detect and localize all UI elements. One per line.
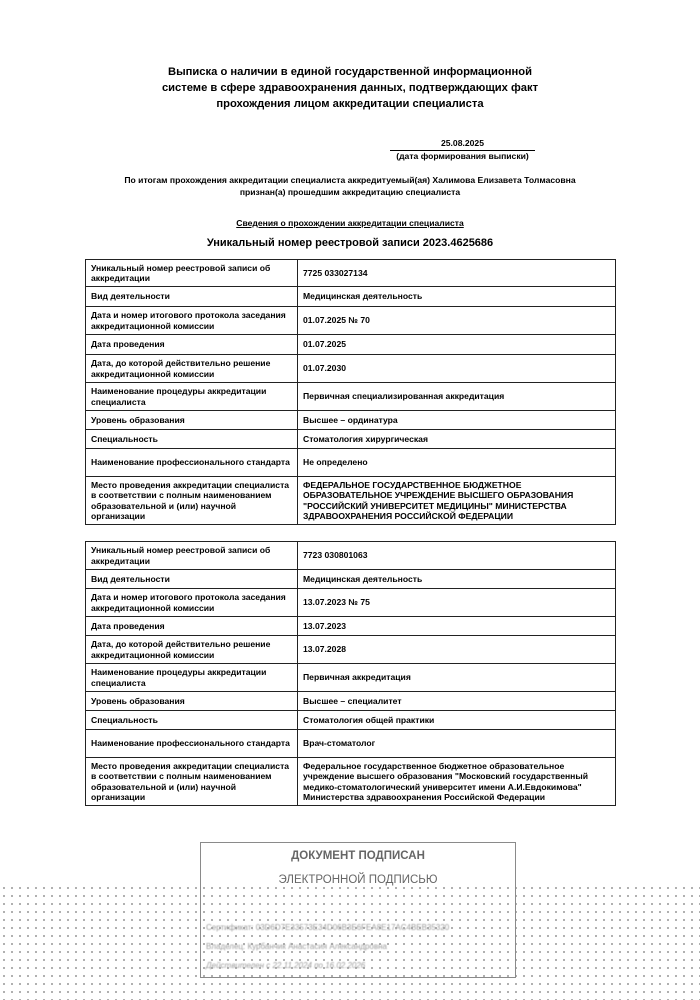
row-value: 01.07.2025	[298, 335, 616, 355]
issue-date-block: 25.08.2025 (дата формирования выписки)	[390, 137, 535, 162]
row-value: 7723 030801063	[298, 542, 616, 570]
row-label: Наименование процедуры аккредитации спец…	[86, 383, 298, 411]
row-value: Первичная аккредитация	[298, 664, 616, 692]
row-label: Место проведения аккредитации специалист…	[86, 758, 298, 806]
table-row: Уникальный номер реестровой записи об ак…	[86, 542, 616, 570]
electronic-signature-stamp: ДОКУМЕНТ ПОДПИСАН ЭЛЕКТРОННОЙ ПОДПИСЬЮ С…	[200, 842, 516, 978]
row-label: Место проведения аккредитации специалист…	[86, 477, 298, 525]
table-row: Дата, до которой действительно решение а…	[86, 636, 616, 664]
registry-number: Уникальный номер реестровой записи 2023.…	[150, 237, 550, 249]
row-label: Наименование профессионального стандарта	[86, 449, 298, 477]
table-row: Вид деятельностиМедицинская деятельность	[86, 570, 616, 589]
table-row: Уровень образованияВысшее – ординатура	[86, 411, 616, 430]
row-label: Уникальный номер реестровой записи об ак…	[86, 260, 298, 287]
row-label: Уникальный номер реестровой записи об ак…	[86, 542, 298, 570]
row-value: Стоматология хирургическая	[298, 430, 616, 449]
table-row: Дата, до которой действительно решение а…	[86, 355, 616, 383]
table-row: Наименование профессионального стандарта…	[86, 730, 616, 758]
row-label: Дата и номер итогового протокола заседан…	[86, 589, 298, 617]
row-label: Уровень образования	[86, 411, 298, 430]
row-label: Дата проведения	[86, 617, 298, 636]
section-title: Сведения о прохождении аккредитации спец…	[150, 218, 550, 228]
row-label: Наименование профессионального стандарта	[86, 730, 298, 758]
issue-date: 25.08.2025	[390, 137, 535, 151]
table-row: Место проведения аккредитации специалист…	[86, 758, 616, 806]
row-value: 7725 033027134	[298, 260, 616, 287]
table-row: Место проведения аккредитации специалист…	[86, 477, 616, 525]
row-value: ФЕДЕРАЛЬНОЕ ГОСУДАРСТВЕННОЕ БЮДЖЕТНОЕ ОБ…	[298, 477, 616, 525]
stamp-subtitle: ЭЛЕКТРОННОЙ ПОДПИСЬЮ	[201, 874, 515, 886]
row-value: 01.07.2030	[298, 355, 616, 383]
accreditation-record-table: Уникальный номер реестровой записи об ак…	[85, 259, 616, 525]
stamp-title: ДОКУМЕНТ ПОДПИСАН	[201, 850, 515, 862]
title-line: системе в сфере здравоохранения данных, …	[100, 80, 600, 96]
table-row: Дата и номер итогового протокола заседан…	[86, 589, 616, 617]
row-label: Дата, до которой действительно решение а…	[86, 636, 298, 664]
table-row: Уровень образованияВысшее – специалитет	[86, 692, 616, 711]
row-value: Высшее – специалитет	[298, 692, 616, 711]
result-line-1: По итогам прохождения аккредитации специ…	[90, 174, 610, 186]
document-title: Выписка о наличии в единой государственн…	[100, 64, 600, 112]
table-row: Вид деятельностиМедицинская деятельность	[86, 287, 616, 307]
table-row: Наименование профессионального стандарта…	[86, 449, 616, 477]
stamp-certificate: Сертификат: 03D6D7E33573E34D06B3E6FEA8E1…	[206, 923, 449, 932]
result-line-2: признан(а) прошедшим аккредитацию специа…	[90, 186, 610, 198]
row-label: Наименование процедуры аккредитации спец…	[86, 664, 298, 692]
row-value: Не определено	[298, 449, 616, 477]
table-row: СпециальностьСтоматология хирургическая	[86, 430, 616, 449]
table-row: Дата проведения01.07.2025	[86, 335, 616, 355]
title-line: Выписка о наличии в единой государственн…	[100, 64, 600, 80]
row-label: Дата и номер итогового протокола заседан…	[86, 307, 298, 335]
table-row: Наименование процедуры аккредитации спец…	[86, 664, 616, 692]
row-value: Врач-стоматолог	[298, 730, 616, 758]
row-label: Дата, до которой действительно решение а…	[86, 355, 298, 383]
result-statement: По итогам прохождения аккредитации специ…	[90, 174, 610, 198]
stamp-validity: Действителен с 22.11.2024 по 16.02.2026	[206, 961, 365, 970]
table-row: Дата и номер итогового протокола заседан…	[86, 307, 616, 335]
row-label: Специальность	[86, 711, 298, 730]
row-label: Вид деятельности	[86, 570, 298, 589]
table-row: Уникальный номер реестровой записи об ак…	[86, 260, 616, 287]
row-value: 01.07.2025 № 70	[298, 307, 616, 335]
stamp-owner: Владелец: Курбанчик Анастасия Александро…	[206, 942, 387, 951]
row-label: Уровень образования	[86, 692, 298, 711]
row-value: 13.07.2023	[298, 617, 616, 636]
table-row: Дата проведения13.07.2023	[86, 617, 616, 636]
row-label: Дата проведения	[86, 335, 298, 355]
row-value: Медицинская деятельность	[298, 287, 616, 307]
issue-date-caption: (дата формирования выписки)	[390, 151, 535, 162]
table-row: Наименование процедуры аккредитации спец…	[86, 383, 616, 411]
row-label: Специальность	[86, 430, 298, 449]
row-value: 13.07.2028	[298, 636, 616, 664]
row-value: Федеральное государственное бюджетное об…	[298, 758, 616, 806]
row-value: Медицинская деятельность	[298, 570, 616, 589]
row-value: Высшее – ординатура	[298, 411, 616, 430]
title-line: прохождения лицом аккредитации специалис…	[100, 96, 600, 112]
table-row: СпециальностьСтоматология общей практики	[86, 711, 616, 730]
row-value: 13.07.2023 № 75	[298, 589, 616, 617]
row-value: Первичная специализированная аккредитаци…	[298, 383, 616, 411]
accreditation-record-table: Уникальный номер реестровой записи об ак…	[85, 541, 616, 806]
row-label: Вид деятельности	[86, 287, 298, 307]
row-value: Стоматология общей практики	[298, 711, 616, 730]
